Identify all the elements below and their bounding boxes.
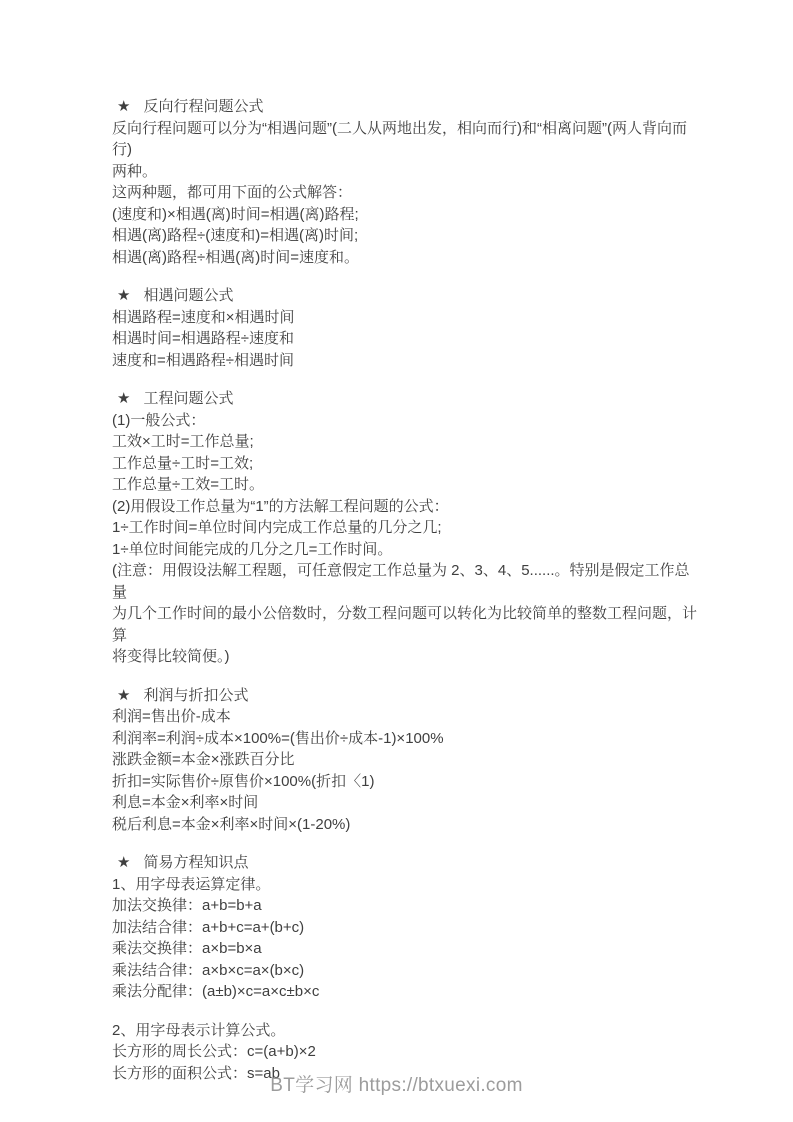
- section-body: 反向行程问题可以分为“相遇问题”(二人从两地出发，相向而行)和“相离问题”(两人…: [112, 118, 700, 269]
- document-content: ★反向行程问题公式 反向行程问题可以分为“相遇问题”(二人从两地出发，相向而行)…: [112, 96, 700, 1101]
- section-heading: ★相遇问题公式: [112, 285, 700, 307]
- section-body: 相遇路程=速度和×相遇时间 相遇时间=相遇路程÷速度和 速度和=相遇路程÷相遇时…: [112, 307, 700, 372]
- star-icon: ★: [117, 285, 130, 307]
- section-title: 相遇问题公式: [143, 287, 233, 304]
- document-page: ★反向行程问题公式 反向行程问题可以分为“相遇问题”(二人从两地出发，相向而行)…: [0, 0, 793, 1122]
- section-simple-equations: ★简易方程知识点 1、用字母表运算定律。 加法交换律：a+b=b+a 加法结合律…: [112, 852, 700, 1003]
- section-heading: ★利润与折扣公式: [112, 685, 700, 707]
- section-body: 利润=售出价-成本 利润率=利润÷成本×100%=(售出价÷成本-1)×100%…: [112, 706, 700, 835]
- section-heading: ★工程问题公式: [112, 388, 700, 410]
- section-body: 1、用字母表运算定律。 加法交换律：a+b=b+a 加法结合律：a+b+c=a+…: [112, 874, 700, 1003]
- section-title: 工程问题公式: [143, 390, 233, 407]
- section-title: 反向行程问题公式: [143, 98, 263, 115]
- section-heading: ★反向行程问题公式: [112, 96, 700, 118]
- section-title: 利润与折扣公式: [143, 687, 248, 704]
- footer-watermark: BT学习网 https://btxuexi.com: [0, 1070, 793, 1097]
- star-icon: ★: [117, 852, 130, 874]
- section-title: 简易方程知识点: [143, 854, 248, 871]
- star-icon: ★: [117, 388, 130, 410]
- section-meeting-formulas: ★相遇问题公式 相遇路程=速度和×相遇时间 相遇时间=相遇路程÷速度和 速度和=…: [112, 285, 700, 371]
- star-icon: ★: [117, 685, 130, 707]
- star-icon: ★: [117, 96, 130, 118]
- section-engineering-formulas: ★工程问题公式 (1)一般公式： 工效×工时=工作总量; 工作总量÷工时=工效;…: [112, 388, 700, 668]
- section-heading: ★简易方程知识点: [112, 852, 700, 874]
- section-profit-discount-formulas: ★利润与折扣公式 利润=售出价-成本 利润率=利润÷成本×100%=(售出价÷成…: [112, 685, 700, 836]
- section-reverse-trip-formulas: ★反向行程问题公式 反向行程问题可以分为“相遇问题”(二人从两地出发，相向而行)…: [112, 96, 700, 268]
- section-body: (1)一般公式： 工效×工时=工作总量; 工作总量÷工时=工效; 工作总量÷工效…: [112, 410, 700, 668]
